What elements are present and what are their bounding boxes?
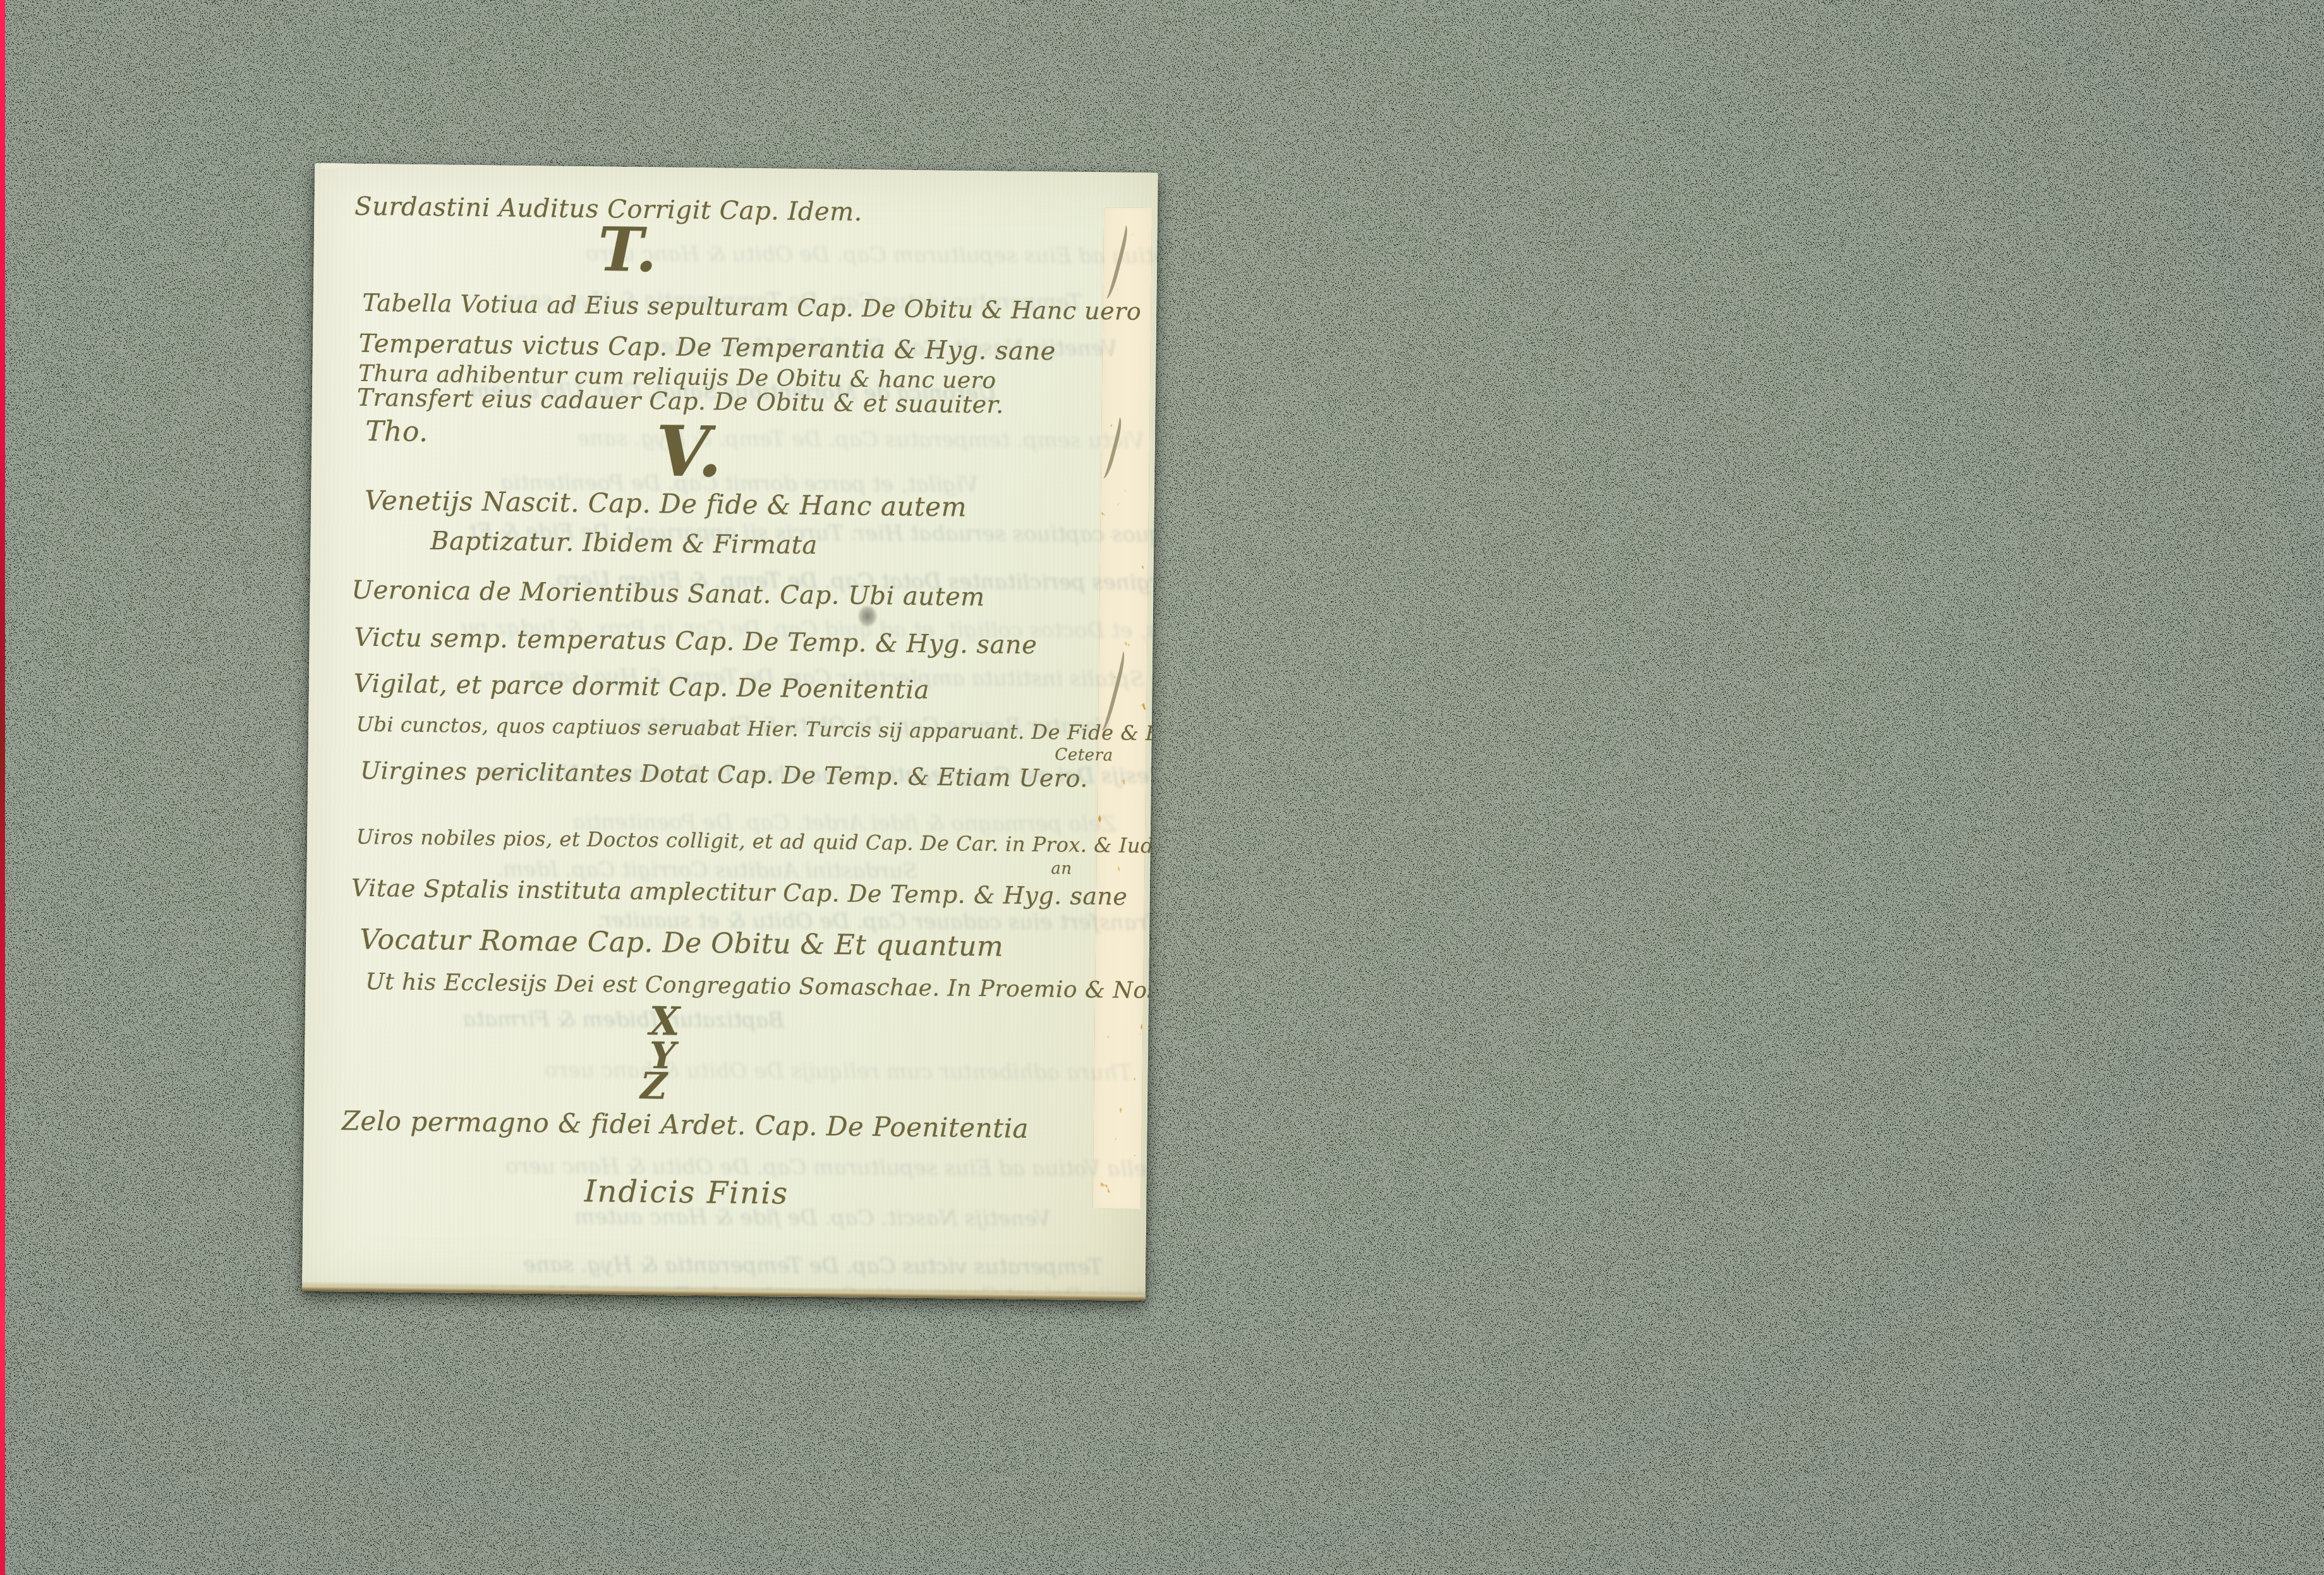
paper-torn-nub (321, 163, 354, 169)
bleed-through-line: Thura adhibentur cum reliquijs De Obitu … (545, 1057, 1132, 1085)
section-letter-v: V. (655, 410, 723, 492)
marginal-note: an (1051, 859, 1072, 878)
index-entry: Temperatus victus Cap. De Temperantia & … (359, 329, 1056, 367)
ink-smudge (858, 605, 877, 627)
bleed-through-line: Temperatus victus Cap. De Temperantia & … (523, 1252, 1103, 1280)
manuscript-paper: Tabella Votiua ad Eius sepulturam Cap. D… (302, 163, 1158, 1301)
scanned-manuscript-photograph: Tabella Votiua ad Eius sepulturam Cap. D… (0, 0, 2324, 1575)
index-entry: Venetijs Nascit. Cap. De fide & Hanc aut… (365, 485, 967, 523)
index-entry: Ut his Ecclesijs Dei est Congregatio Som… (365, 969, 1158, 1004)
page-stack-edges (302, 1281, 1146, 1301)
index-entry: Uiros nobiles pios, et Doctos colligit, … (356, 825, 1158, 858)
index-entry: Tho. (365, 415, 428, 448)
index-entry: Vocatur Romae Cap. De Obitu & Et quantum (360, 923, 1004, 963)
scan-edge-color-strip (0, 0, 5, 1575)
tape-mottle-texture (1092, 207, 1152, 1209)
index-entry: Ubi cunctos, quos captiuos seruabat Hier… (356, 712, 1158, 746)
colophon: Indicis Finis (584, 1174, 789, 1212)
marginal-note: Cetera (1055, 745, 1113, 765)
index-entry: Zelo permagno & fidei Ardet. Cap. De Poe… (342, 1105, 1029, 1144)
section-letter-z: Z (640, 1064, 668, 1107)
bleed-through-line: Baptizatur. Ibidem & Firmata (463, 1007, 785, 1033)
index-entry: Vitae Sptalis instituta amplectitur Cap.… (351, 874, 1128, 911)
index-entry: Tabella Votiua ad Eius sepulturam Cap. D… (362, 289, 1141, 325)
section-letter-t: T. (598, 214, 658, 286)
index-entry: Victu semp. temperatus Cap. De Temp. & H… (354, 623, 1037, 660)
index-entry: Ueronica de Morientibus Sanat. Cap. Ubi … (351, 576, 985, 612)
index-entry: Baptizatur. Ibidem & Firmata (430, 526, 818, 560)
bleed-through-line: Tabella Votiua ad Eius sepulturam Cap. D… (585, 241, 1158, 270)
index-entry: Vigilat, et parce dormit Cap. De Poenite… (353, 669, 929, 705)
tape-residue-strip (1092, 207, 1152, 1209)
index-entry: Uirgines periclitantes Dotat Cap. De Tem… (360, 757, 1088, 793)
